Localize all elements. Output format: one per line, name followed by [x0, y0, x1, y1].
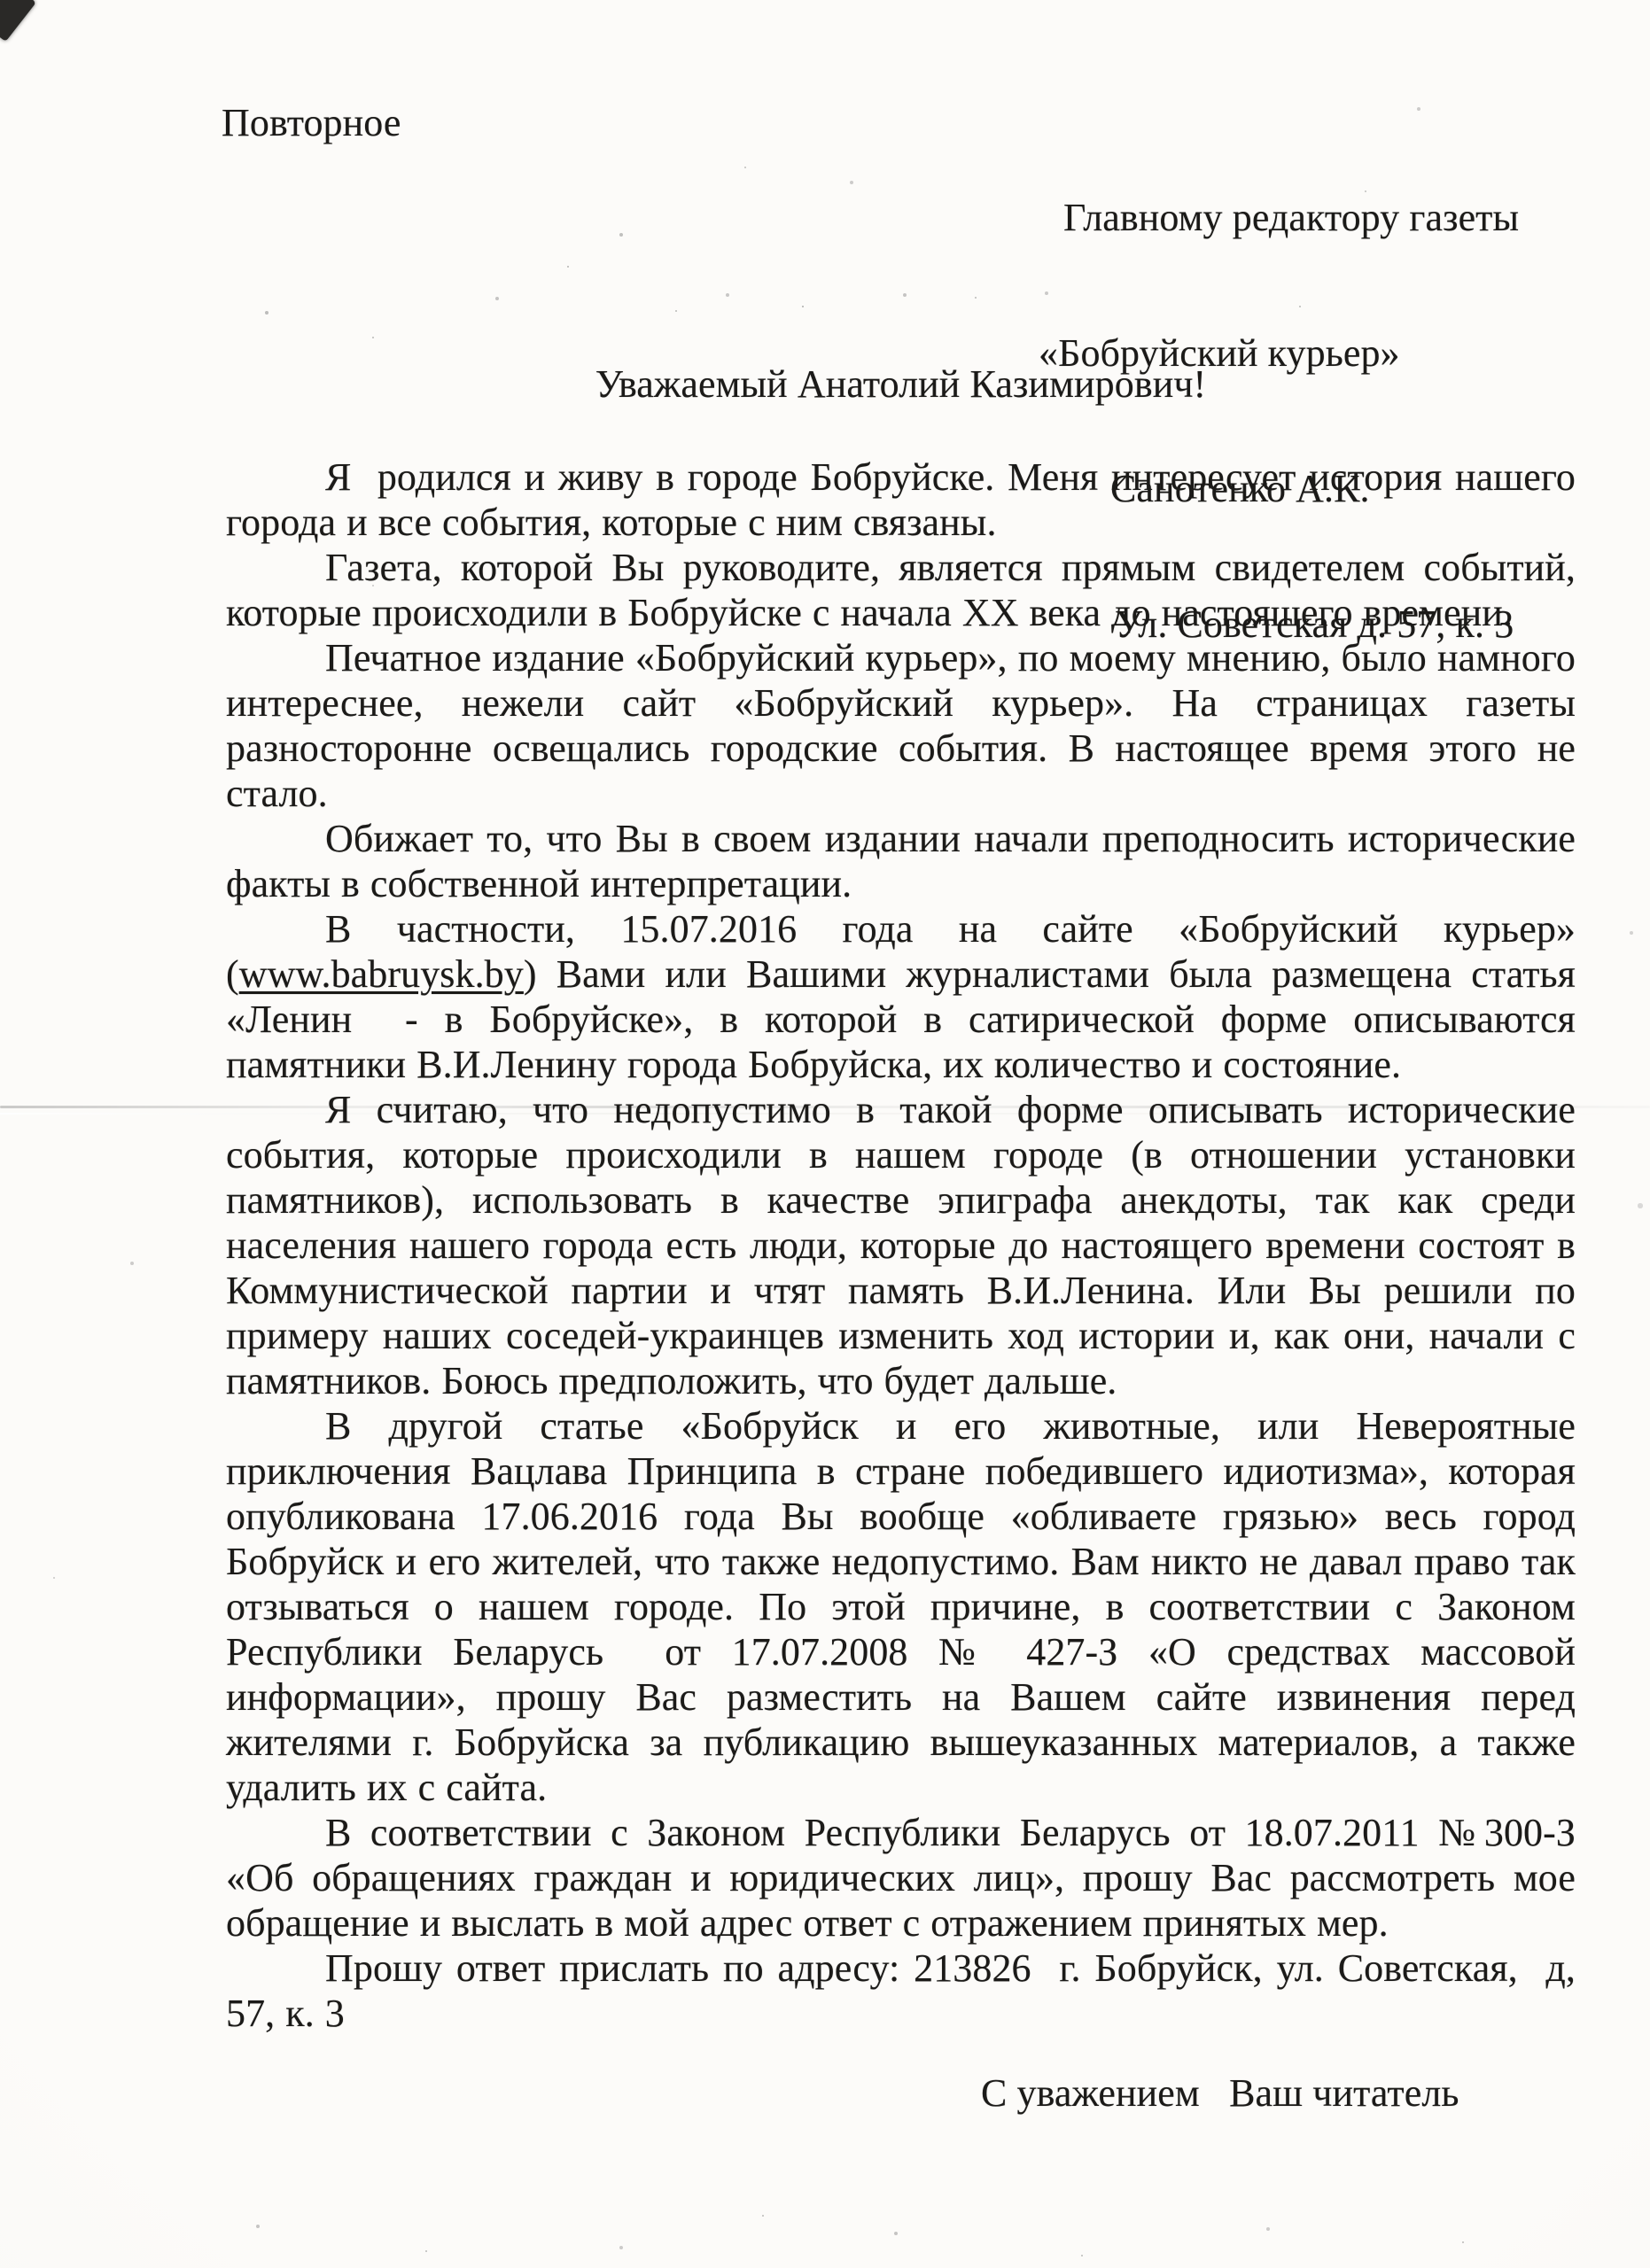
paragraph-text: Обижает то, что Вы в своем издании начал… — [226, 817, 1576, 905]
paragraph-offense: Обижает то, что Вы в своем издании начал… — [226, 816, 1576, 906]
paragraph-text: Печатное издание «Бобруйский курьер», по… — [226, 636, 1576, 815]
salutation: Уважаемый Анатолий Казимирович! — [226, 361, 1576, 407]
paragraph-appeals-law: В соответствии с Законом Республики Бела… — [226, 1810, 1576, 1946]
paragraph-text: В соответствии с Законом Республики Бела… — [226, 1811, 1576, 1945]
paragraph-text: Прошу ответ прислать по адресу: 213826 г… — [226, 1946, 1576, 2035]
paragraph-animals-article-demand: В другой статье «Бобруйск и его животные… — [226, 1403, 1576, 1810]
paragraph-opinion-monuments: Я считаю, что недопустимо в такой форме … — [226, 1087, 1576, 1403]
scanned-letter-page: Повторное Главному редактору газеты «Боб… — [0, 0, 1650, 2268]
repeat-note: Повторное — [222, 100, 401, 145]
website-link-text: www.babruysk.by — [239, 952, 524, 996]
paragraph-intro: Я родился и живу в городе Бобруйске. Мен… — [226, 454, 1576, 545]
paragraph-text: Я считаю, что недопустимо в такой форме … — [226, 1088, 1576, 1402]
addressee-line-recipient-title: Главному редактору газеты — [1063, 195, 1519, 240]
paragraph-text: В другой статье «Бобруйск и его животные… — [226, 1404, 1576, 1809]
scan-noise-speckles — [0, 0, 2, 2]
paragraph-text: Я родился и живу в городе Бобруйске. Мен… — [226, 455, 1576, 544]
paragraph-print-vs-site: Печатное издание «Бобруйский курьер», по… — [226, 635, 1576, 816]
paragraph-reply-address: Прошу ответ прислать по адресу: 213826 г… — [226, 1946, 1576, 2036]
closing-signature: С уважением Ваш читатель — [981, 2070, 1459, 2116]
letter-body: Я родился и живу в городе Бобруйске. Мен… — [226, 454, 1576, 2036]
paragraph-text: Газета, которой Вы руководите, является … — [226, 546, 1576, 634]
paragraph-lenin-article: В частности, 15.07.2016 года на сайте «Б… — [226, 906, 1576, 1087]
paragraph-newspaper-witness: Газета, которой Вы руководите, является … — [226, 545, 1576, 635]
scan-corner-artifact — [0, 0, 36, 42]
